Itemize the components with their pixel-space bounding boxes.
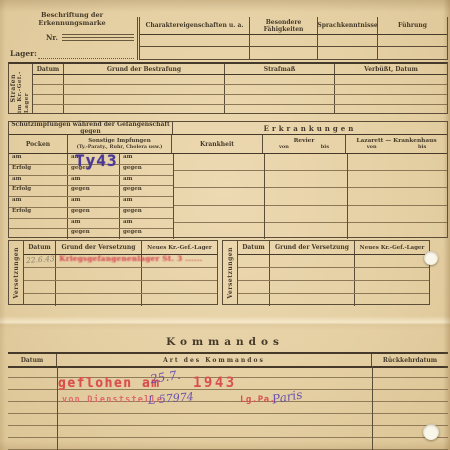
divider bbox=[264, 154, 265, 239]
erkrankungen-col-lazarett: Lazarett — Krankenhaus vonbis bbox=[346, 135, 447, 153]
ty43-ink-stamp: Ty43 bbox=[75, 151, 118, 170]
erkrankungen-title: Erkrankungen bbox=[173, 122, 447, 134]
traits-cell bbox=[378, 47, 447, 59]
traits-cell bbox=[140, 47, 250, 59]
traits-col-abilities: Besondere Fähigkeiten bbox=[250, 17, 318, 34]
traits-cell bbox=[378, 35, 447, 46]
traits-cell bbox=[318, 35, 378, 46]
strafen-col-grund: Grund der Bestrafung bbox=[64, 64, 225, 74]
id-block-title: Beschriftung der Erkennungsmarke bbox=[8, 11, 136, 27]
escape-stamp: geflohen am bbox=[58, 376, 161, 391]
strafen-col-verbuesst: Verbüßt, Datum bbox=[335, 64, 447, 74]
fold-crease bbox=[0, 316, 450, 330]
strafen-table: Strafen im Kr.-Gef.-Lager Datum Grund de… bbox=[8, 62, 448, 114]
traits-col-character: Charaktereigenschaften u. a. bbox=[140, 17, 250, 34]
versetzungen-table-left: Versetzungen Datum Grund der Versetzung … bbox=[8, 240, 218, 305]
kommandos-title: Kommandos bbox=[0, 336, 450, 348]
divider bbox=[372, 366, 373, 450]
kommandos-col-datum: Datum bbox=[8, 354, 57, 366]
versetzungen-side-label: Versetzungen bbox=[13, 247, 20, 299]
impfungen-col-pocken: Pocken bbox=[9, 135, 68, 153]
pow-record-card: Beschriftung der Erkennungsmarke Nr. Lag… bbox=[0, 0, 450, 450]
transfer-camp-stamp: Kriegsgefangenenlager St. 3 ...... bbox=[59, 254, 217, 263]
id-block: Beschriftung der Erkennungsmarke Nr. Lag… bbox=[8, 11, 136, 59]
lager-label: Lager: bbox=[10, 49, 37, 58]
escape-year-stamp: 1943 bbox=[193, 375, 237, 391]
impfungen-title: Schutzimpfungen während der Gefangenscha… bbox=[9, 122, 173, 134]
erkrankungen-col-krankheit: Krankheit bbox=[172, 135, 263, 153]
traits-col-languages: Sprachkenntnisse bbox=[318, 17, 378, 34]
traits-cell bbox=[250, 47, 318, 59]
versetzungen-side-label: Versetzungen bbox=[227, 247, 234, 299]
traits-col-conduct: Führung bbox=[378, 17, 447, 34]
versetzungen-table-right: Versetzungen Datum Grund der Versetzung … bbox=[222, 240, 430, 305]
strafen-col-strafmass: Strafmaß bbox=[225, 64, 335, 74]
traits-table: Charaktereigenschaften u. a. Besondere F… bbox=[137, 17, 448, 60]
traits-cell bbox=[140, 35, 250, 46]
strafen-col-datum: Datum bbox=[33, 64, 64, 74]
lager-dotted-line bbox=[38, 58, 134, 59]
erkrankungen-col-revier: Revier vonbis bbox=[263, 135, 346, 153]
divider bbox=[347, 154, 348, 239]
erkrankungen-rows bbox=[173, 154, 447, 239]
camp-stamp: Lg.Pa. bbox=[240, 395, 276, 405]
nr-label: Nr. bbox=[46, 33, 58, 42]
nr-embossed-lines bbox=[62, 34, 134, 43]
strafen-side-label: Strafen im Kr.-Gef.-Lager bbox=[9, 64, 33, 113]
impfungen-erkrankungen-section: Schutzimpfungen während der Gefangenscha… bbox=[8, 121, 448, 238]
traits-cell bbox=[318, 47, 378, 59]
kommandos-col-art: Art des Kommandos bbox=[57, 354, 372, 366]
punch-hole-top bbox=[424, 251, 438, 265]
traits-cell bbox=[250, 35, 318, 46]
punch-hole-bottom bbox=[423, 424, 439, 440]
kommandos-col-rueckkehr: Rückkehrdatum bbox=[372, 354, 448, 366]
